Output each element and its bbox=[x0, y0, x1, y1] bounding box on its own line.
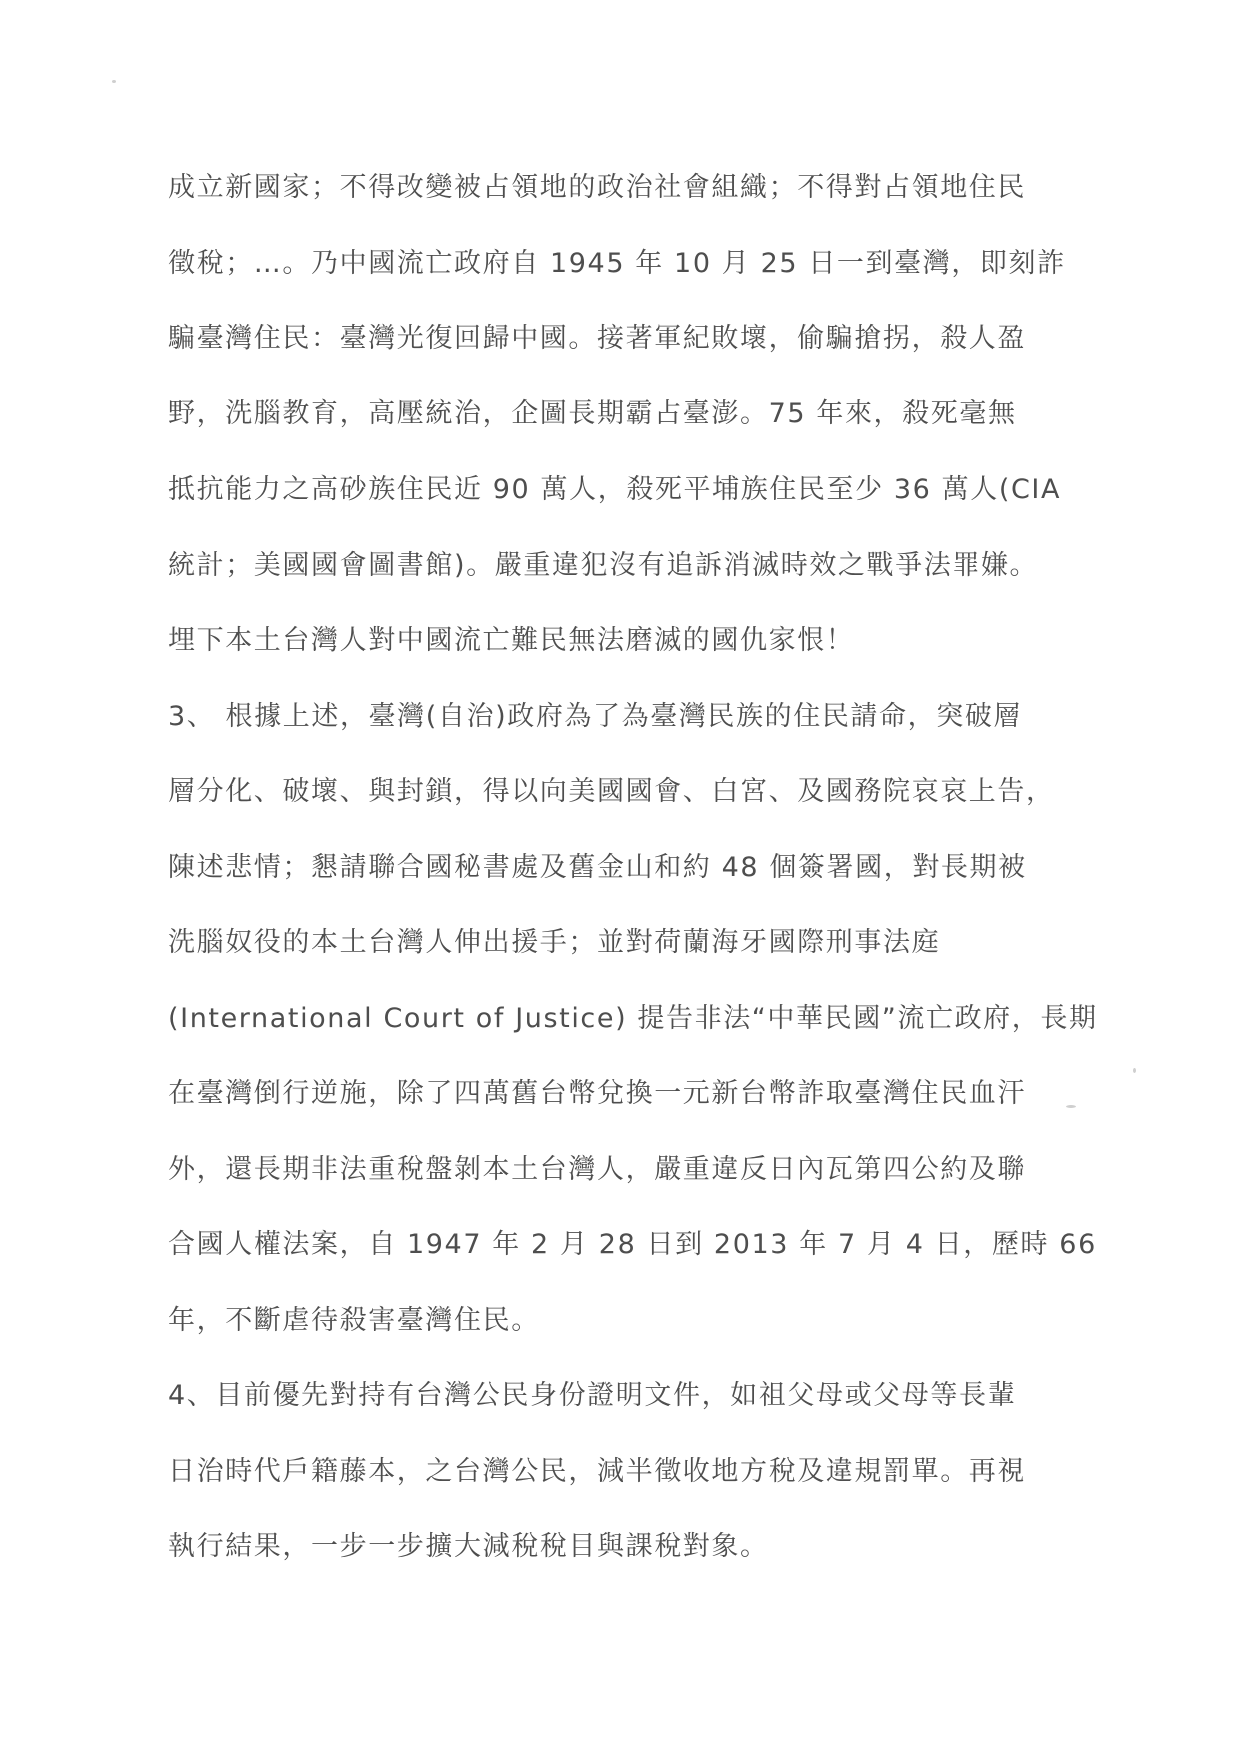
text-line: 徵稅；…。乃中國流亡政府自 1945 年 10 月 25 日一到臺灣，即刻詐 bbox=[168, 246, 1048, 282]
text-line: 野，洗腦教育，高壓統治，企圖長期霸占臺澎。75 年來，殺死毫無 bbox=[168, 396, 1048, 432]
text-line: 層分化、破壞、與封鎖，得以向美國國會、白宮、及國務院哀哀上告， bbox=[168, 774, 1048, 810]
text-line: 合國人權法案，自 1947 年 2 月 28 日到 2013 年 7 月 4 日… bbox=[168, 1227, 1048, 1263]
text-line: 洗腦奴役的本土台灣人伸出援手；並對荷蘭海牙國際刑事法庭 bbox=[168, 925, 1048, 961]
scanned-document-page: 成立新國家；不得改變被占領地的政治社會組織；不得對占領地住民 徵稅；…。乃中國流… bbox=[0, 0, 1241, 1754]
text-line: 抵抗能力之高砂族住民近 90 萬人，殺死平埔族住民至少 36 萬人(CIA bbox=[168, 472, 1048, 508]
text-line: 外，還長期非法重稅盤剝本土台灣人，嚴重違反日內瓦第四公約及聯 bbox=[168, 1152, 1048, 1188]
paragraph-4-start: 4、目前優先對持有台灣公民身份證明文件，如祖父母或父母等長輩 bbox=[168, 1378, 1048, 1414]
text-line: 陳述悲情；懇請聯合國秘書處及舊金山和約 48 個簽署國，對長期被 bbox=[168, 850, 1048, 886]
scan-speck bbox=[112, 80, 116, 83]
text-line: (International Court of Justice) 提告非法“中華… bbox=[168, 1001, 1048, 1037]
scan-speck bbox=[1133, 1068, 1136, 1073]
text-line: 騙臺灣住民：臺灣光復回歸中國。接著軍紀敗壞，偷騙搶拐，殺人盈 bbox=[168, 321, 1048, 357]
text-line: 日治時代戶籍藤本，之台灣公民，減半徵收地方稅及違規罰單。再視 bbox=[168, 1454, 1048, 1490]
paragraph-3-start: 3、 根據上述，臺灣(自治)政府為了為臺灣民族的住民請命，突破層 bbox=[168, 699, 1048, 735]
text-line: 執行結果，一步一步擴大減稅稅目與課稅對象。 bbox=[168, 1529, 1048, 1565]
text-line: 在臺灣倒行逆施，除了四萬舊台幣兌換一元新台幣詐取臺灣住民血汗 bbox=[168, 1076, 1048, 1112]
text-line: 統計；美國國會圖書館)。嚴重違犯沒有追訴消滅時效之戰爭法罪嫌。 bbox=[168, 548, 1048, 584]
text-line: 成立新國家；不得改變被占領地的政治社會組織；不得對占領地住民 bbox=[168, 170, 1048, 206]
scan-speck bbox=[1066, 1105, 1076, 1108]
text-line: 年，不斷虐待殺害臺灣住民。 bbox=[168, 1303, 1048, 1339]
text-line: 埋下本土台灣人對中國流亡難民無法磨滅的國仇家恨！ bbox=[168, 623, 1048, 659]
